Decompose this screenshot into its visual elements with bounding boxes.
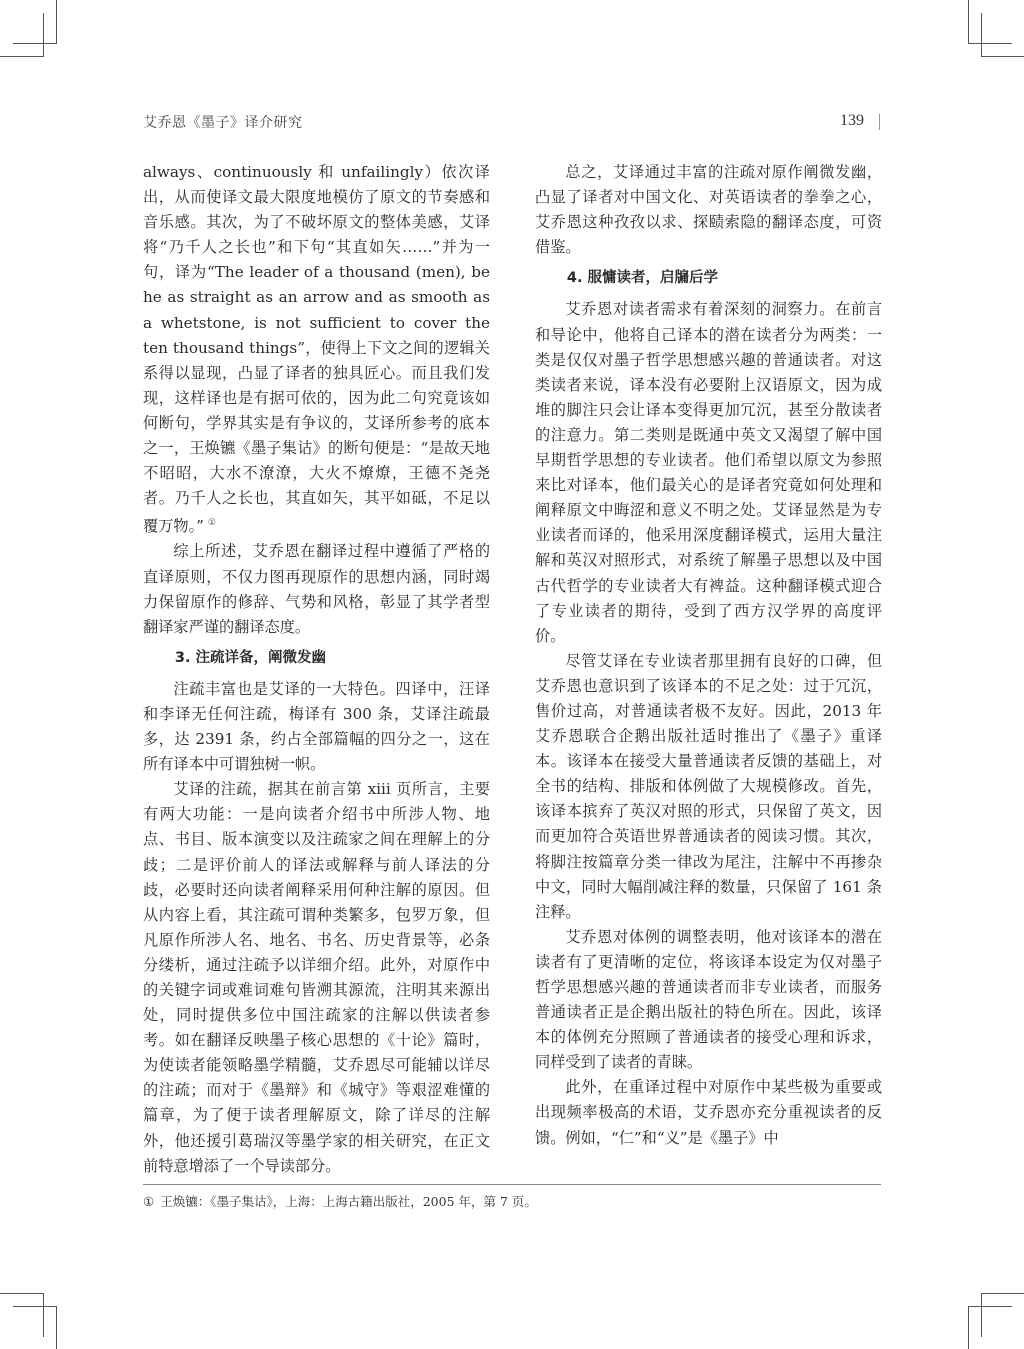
crop-mark-bottom-left-h2 [13,1306,57,1307]
paragraph: 艾译的注疏，据其在前言第 xiii 页所言，主要有两大功能：一是向读者介绍书中所… [143,777,490,1179]
running-header-title: 艾乔恩《墨子》译介研究 [143,112,303,132]
paragraph: 综上所述，艾乔恩在翻译过程中遵循了严格的直译原则，不仅力图再现原作的思想内涵，同… [143,539,490,639]
footnote-text: 王焕镳：《墨子集诂》，上海：上海古籍出版社，2005 年，第 7 页。 [160,1194,537,1209]
crop-mark-bottom-right-h1 [981,1293,1024,1294]
crop-mark-bottom-right-v2 [968,1306,969,1349]
crop-mark-bottom-left-v1 [43,1293,44,1337]
right-column: 总之，艾译通过丰富的注疏对原作阐微发幽，凸显了译者对中国文化、对英语读者的拳拳之… [535,160,882,1151]
crop-mark-top-left-v1 [56,0,57,43]
section-heading-3: 3. 注疏详备，阐微发幽 [143,646,490,671]
paragraph: 总之，艾译通过丰富的注疏对原作阐微发幽，凸显了译者对中国文化、对英语读者的拳拳之… [535,160,882,260]
left-column: always、continuously 和 unfailingly）依次译出，从… [143,160,490,1179]
crop-mark-top-right-h1 [968,43,1012,44]
footnote-rule [143,1184,881,1185]
crop-mark-top-left-h2 [0,56,44,57]
crop-mark-top-left-h1 [13,43,57,44]
paragraph: 注疏丰富也是艾译的一大特色。四译中，汪译和李译无任何注疏，梅译有 300 条，艾… [143,677,490,777]
crop-mark-bottom-left-h1 [0,1293,44,1294]
crop-mark-top-right-h2 [981,56,1024,57]
crop-mark-bottom-right-h2 [968,1306,1012,1307]
paragraph: 艾乔恩对读者需求有着深刻的洞察力。在前言和导论中，他将自己译本的潜在读者分为两类… [535,297,882,648]
paragraph: 此外，在重译过程中对原作中某些极为重要或出现频率极高的术语，艾乔恩亦充分重视读者… [535,1075,882,1150]
footnote-ref[interactable]: ① [208,518,216,528]
crop-mark-bottom-left-v2 [56,1306,57,1349]
page-number: 139 [840,112,864,130]
paragraph-text: always、continuously 和 unfailingly）依次译出，从… [143,163,490,535]
crop-mark-top-right-v1 [968,0,969,43]
footnote-mark: ① [143,1194,154,1209]
paragraph: 艾乔恩对体例的调整表明，他对该译本的潜在读者有了更清晰的定位，将该译本设定为仅对… [535,925,882,1076]
crop-mark-top-left-v2 [43,13,44,57]
footnote: ①王焕镳：《墨子集诂》，上海：上海古籍出版社，2005 年，第 7 页。 [143,1192,537,1210]
paragraph: always、continuously 和 unfailingly）依次译出，从… [143,160,490,539]
header-divider [879,114,880,130]
crop-mark-top-right-v2 [981,13,982,57]
paragraph: 尽管艾译在专业读者那里拥有良好的口碑，但艾乔恩也意识到了该译本的不足之处：过于冗… [535,649,882,925]
section-heading-4: 4. 服慵读者，启牖后学 [535,266,882,291]
crop-mark-bottom-right-v1 [981,1293,982,1337]
